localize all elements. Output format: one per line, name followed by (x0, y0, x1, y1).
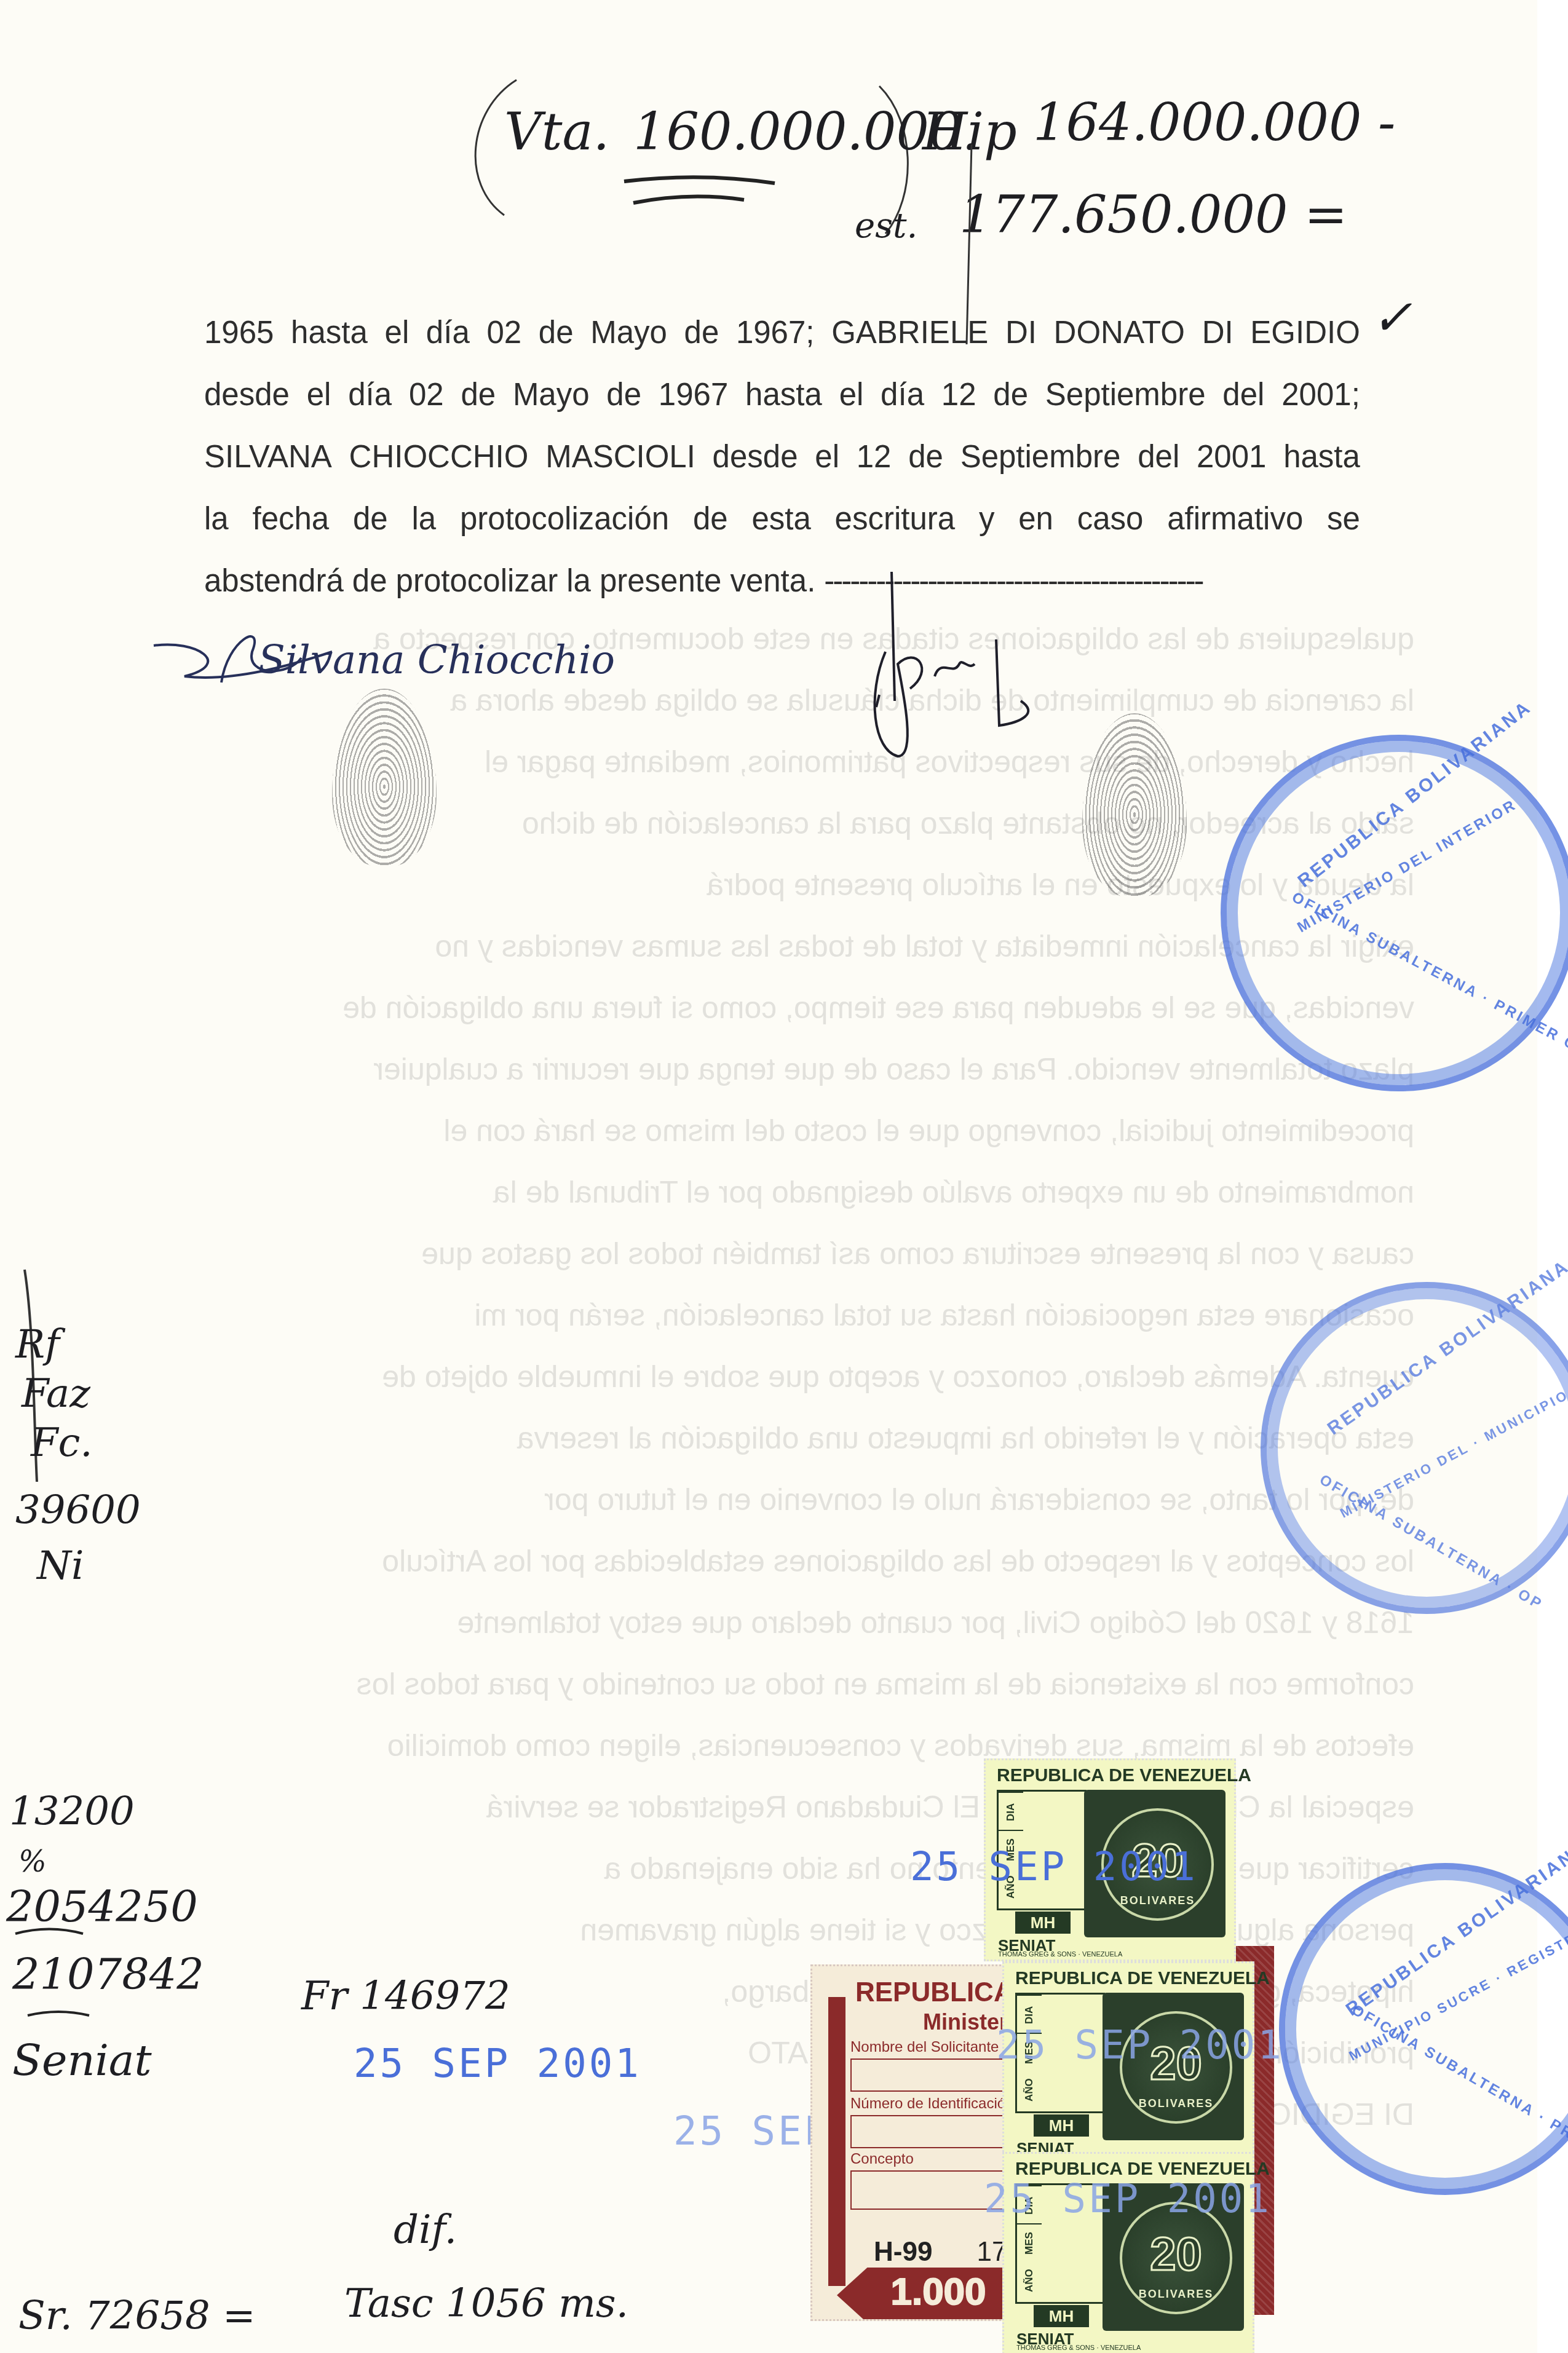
body-word: en (1018, 488, 1053, 550)
body-word: SILVANA (204, 425, 332, 488)
stamp-field-label: Concepto (850, 2151, 914, 2168)
margin-note: Sr. 72658 = (18, 2293, 256, 2339)
body-word: hasta (745, 363, 822, 425)
body-word: DI (1005, 301, 1037, 363)
margin-note: dif. (394, 2207, 457, 2253)
stamp-printer: THOMAS GREG & SONS · VENEZUELA (1016, 2344, 1141, 2352)
bleed-through-text: vencidas, que se le adeuden para ese tie… (154, 990, 1414, 1026)
body-word: desde (713, 425, 798, 488)
body-word: caso (1077, 488, 1144, 550)
body-word: hasta (291, 301, 368, 363)
mh-logo: MH (1034, 2305, 1089, 2327)
margin-note: Fr 146972 (301, 1974, 510, 2019)
margin-note: Fc. (31, 1420, 93, 1466)
body-line: SILVANACHIOCCHIOMASCIOLIdesdeel12deSepti… (204, 425, 1360, 488)
stamp-ministry: Minister (923, 2009, 1008, 2035)
body-word: día (881, 363, 924, 425)
body-word: protocolización (460, 488, 669, 550)
stamp-field-label: Nombre del Solicitante (850, 2039, 999, 2056)
bleed-through-text: cuenta. Además declaro, conozco y acepto… (154, 1359, 1414, 1394)
body-word: día (426, 301, 470, 363)
double-underline (621, 172, 781, 215)
body-word: el (385, 301, 410, 363)
body-word: hasta (1283, 425, 1360, 488)
bleed-through-text: de, por lo tanto, se considerará nulo el… (154, 1482, 1414, 1517)
body-word: 1967; (736, 301, 815, 363)
margin-note: Seniat (12, 2035, 152, 2086)
body-word: 12 (941, 363, 976, 425)
body-word: de (539, 301, 574, 363)
body-line: desdeeldía02deMayode1967hastaeldía12deSe… (204, 363, 1360, 425)
bleed-through-text: nombramiento de un experto avalúo design… (154, 1174, 1414, 1210)
body-word: la (204, 488, 229, 550)
body-word: Septiembre (960, 425, 1121, 488)
stamp-date-field: AÑO (1017, 2261, 1042, 2300)
body-word: de (606, 363, 641, 425)
mortgage-amount: 164.000.000 - (1033, 92, 1395, 152)
body-word: Mayo (513, 363, 590, 425)
body-word: 12 (857, 425, 892, 488)
stamp-title: REPUBLICA (855, 1977, 1013, 2008)
body-word: escritura (835, 488, 956, 550)
body-line: 1965hastaeldía02deMayode1967;GABRIELEDID… (204, 301, 1360, 363)
body-word: 1965 (204, 301, 274, 363)
body-word: día (348, 363, 392, 425)
stamp-printer: THOMAS GREG & SONS · VENEZUELA (998, 1951, 1122, 1958)
bleed-through-text: plazo totalmente vencido. Para el caso d… (154, 1051, 1414, 1087)
stamp-border-bar (828, 1997, 845, 2286)
body-line: lafechadelaprotocolizacióndeestaescritur… (204, 488, 1360, 550)
sum-line (25, 2004, 92, 2023)
sum-line (12, 1918, 86, 1943)
sale-label: Vta. (504, 101, 609, 162)
body-word: 02 (409, 363, 444, 425)
stamp-date-field: MES (1017, 2223, 1042, 2263)
stamp-title: REPUBLICA DE VENEZUELA (1015, 1968, 1270, 1989)
body-word: abstendrá (204, 550, 344, 612)
date-stamp: 25 SEP 2001 (996, 2023, 1284, 2068)
bleed-through-text: 1618 y 1620 del Código Civil, por cuanto… (154, 1605, 1414, 1640)
registry-seal-1: REPUBLICA BOLIVARIANA MINISTERIO DEL INT… (1221, 735, 1568, 1091)
bleed-through-text: ocasionare esta negociación hasta su tot… (154, 1297, 1414, 1333)
body-line: abstendrádeprotocolizarlapresenteventa.-… (204, 550, 1360, 612)
bleed-through-text: conforme con la existencia de la misma e… (154, 1666, 1414, 1702)
body-word: de (993, 363, 1028, 425)
estimate-amount: 177.650.000 = (959, 184, 1347, 245)
deed-body-text: 1965hastaeldía02deMayode1967;GABRIELEDID… (204, 301, 1360, 612)
body-word: Mayo (590, 301, 667, 363)
body-word: fecha (252, 488, 329, 550)
body-word: de (461, 363, 496, 425)
margin-note: Ni (37, 1543, 84, 1589)
body-word: de (684, 301, 719, 363)
body-word: DI (1202, 301, 1233, 363)
margin-note: Faz (22, 1371, 90, 1417)
body-word: CHIOCCHIO (349, 425, 529, 488)
seal-text: OFICINA SUBALTERNA · PRIMER CIRCUITO · B… (1289, 889, 1568, 1139)
bleed-through-text: esta operación y el referido ha impuesto… (154, 1420, 1414, 1456)
margin-note: Rf (15, 1322, 60, 1367)
mh-logo: MH (1015, 1912, 1071, 1934)
body-word: la (566, 550, 591, 612)
stamp-currency: BOLIVARES (1122, 2288, 1230, 2301)
body-word: y (979, 488, 995, 550)
body-word: 02 (486, 301, 521, 363)
body-word: de (353, 488, 388, 550)
body-word: el (839, 363, 864, 425)
body-word: 2001 (1197, 425, 1266, 488)
signature-left-text: Silvana Chiocchio (258, 638, 615, 683)
bleed-through-text: procedimiento judicial, convengo que el … (154, 1113, 1414, 1149)
stamp-serial: H-99 17 (874, 2237, 1007, 2268)
body-word: venta. (730, 550, 815, 612)
margin-note: 39600 (15, 1488, 141, 1533)
body-word: el (307, 363, 331, 425)
margin-note: Tasc 1056 ms. (344, 2281, 628, 2327)
stamp-currency: BOLIVARES (1104, 1894, 1211, 1907)
body-word: presente (600, 550, 721, 612)
body-word: desde (204, 363, 290, 425)
margin-note: 2107842 (12, 1949, 204, 1999)
check-mark: ✓ (1371, 289, 1412, 346)
signature-left: Silvana Chiocchio (148, 615, 639, 695)
margin-note: 13200 (9, 1789, 135, 1835)
body-word: de (352, 550, 387, 612)
body-word: Septiembre (1045, 363, 1206, 425)
body-word: de (693, 488, 728, 550)
stamp-date-field: DIA (999, 1792, 1023, 1831)
seal-text: OFICINA SUBALTERNA · OP (1317, 1471, 1546, 1614)
estimate-label: est. (855, 206, 917, 246)
stamp-field-label: Número de Identificación (850, 2095, 1013, 2113)
body-word: EGIDIO (1250, 301, 1360, 363)
body-word: GABRIELE (831, 301, 988, 363)
body-word: del (1138, 425, 1179, 488)
body-word: esta (751, 488, 810, 550)
body-word: afirmativo (1167, 488, 1303, 550)
stamp-title: REPUBLICA DE VENEZUELA (997, 1765, 1251, 1786)
stamp-currency: BOLIVARES (1122, 2097, 1230, 2110)
mh-logo: MH (1034, 2114, 1089, 2137)
signature-right (861, 572, 1119, 775)
body-word: protocolizar (396, 550, 558, 612)
date-stamp: 25 SEP 2001 (984, 2177, 1272, 2222)
body-word: la (412, 488, 437, 550)
body-word: DONATO (1054, 301, 1185, 363)
body-word: del (1222, 363, 1264, 425)
body-word: de (908, 425, 943, 488)
body-word: el (815, 425, 839, 488)
body-word: se (1327, 488, 1360, 550)
scanned-document-page: qualesquiera de las obligaciones citadas… (0, 0, 1537, 2353)
date-stamp: 25 SEP 2001 (910, 1845, 1198, 1890)
bleed-through-text: causa y con la presente escritura como a… (154, 1236, 1414, 1271)
body-word: 2001; (1281, 363, 1360, 425)
body-word: 1967 (659, 363, 728, 425)
stamp-value: 20 (1122, 2228, 1230, 2281)
date-stamp: 25 SEP 2001 (354, 2041, 641, 2087)
margin-note: % (18, 1845, 47, 1879)
body-word: MASCIOLI (545, 425, 695, 488)
stamp-date-field: AÑO (1017, 2071, 1042, 2109)
bleed-through-text: los conceptos y al respecto de las oblig… (154, 1543, 1414, 1579)
